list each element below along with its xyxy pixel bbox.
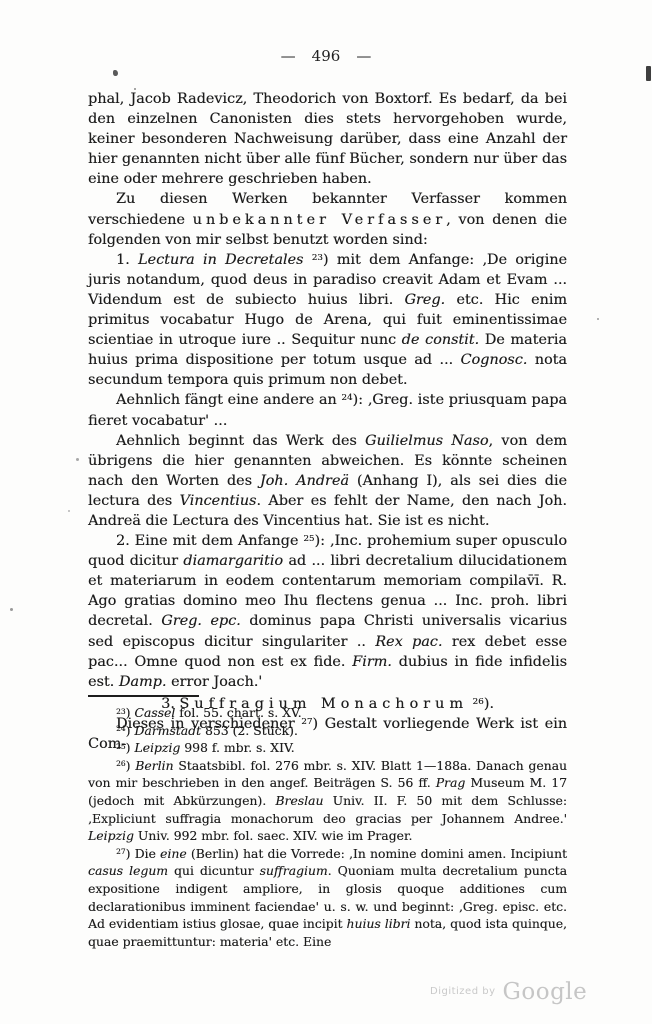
footnote-27: 27) Die eine (Berlin) hat die Vorrede: ‚… xyxy=(88,845,567,951)
google-watermark: Digitized byGoogle xyxy=(430,979,587,1005)
footnote-26: 26) Berlin Staatsbibl. fol. 276 mbr. s. … xyxy=(88,757,567,845)
scan-artifact xyxy=(76,458,79,461)
scan-artifact xyxy=(10,608,13,611)
scan-artifact xyxy=(68,510,70,512)
main-text-block: phal, Jacob Radevicz, Theodorich von Box… xyxy=(88,89,567,754)
scan-artifact xyxy=(134,88,136,90)
paragraph-intro-unbekannter-verfasser: Zu diesen Werken bekannter Verfasser kom… xyxy=(88,189,567,249)
scan-artifact xyxy=(597,318,599,320)
footnote-separator xyxy=(88,695,199,697)
item-1-lectura-in-decretales: 1. Lectura in Decretales 23) mit dem Anf… xyxy=(88,250,567,391)
paragraph-aehnlich-faengt: Aehnlich fängt eine andere an 24): ‚Greg… xyxy=(88,390,567,430)
scan-artifact-edge-mark xyxy=(646,66,651,81)
scan-artifact xyxy=(113,70,118,76)
footnote-25: 25) Leipzig 998 f. mbr. s. XIV. xyxy=(88,739,567,757)
google-logo: Google xyxy=(503,979,588,1005)
header-dash-left: — xyxy=(281,47,296,65)
digitized-by-label: Digitized by xyxy=(430,986,496,997)
footnote-24: 24) Darmstadt 853 (2. Stück). xyxy=(88,722,567,740)
footnote-23: 23) Cassel fol. 55. chart. s. XV. xyxy=(88,704,567,722)
paragraph-continuation: phal, Jacob Radevicz, Theodorich von Box… xyxy=(88,89,567,189)
header-dash-right: — xyxy=(356,47,371,65)
item-2-eine-mit-dem-anfange: 2. Eine mit dem Anfange 25): ‚Inc. prohe… xyxy=(88,531,567,692)
scanned-book-page: { "colors": { "paper": "#fdfdfc", "ink":… xyxy=(0,0,652,1024)
page-header: —496— xyxy=(0,47,652,65)
footnotes-block: 23) Cassel fol. 55. chart. s. XV. 24) Da… xyxy=(88,704,567,950)
paragraph-aehnlich-beginnt-naso: Aehnlich beginnt das Werk des Guilielmus… xyxy=(88,431,567,531)
page-number: 496 xyxy=(312,47,341,65)
